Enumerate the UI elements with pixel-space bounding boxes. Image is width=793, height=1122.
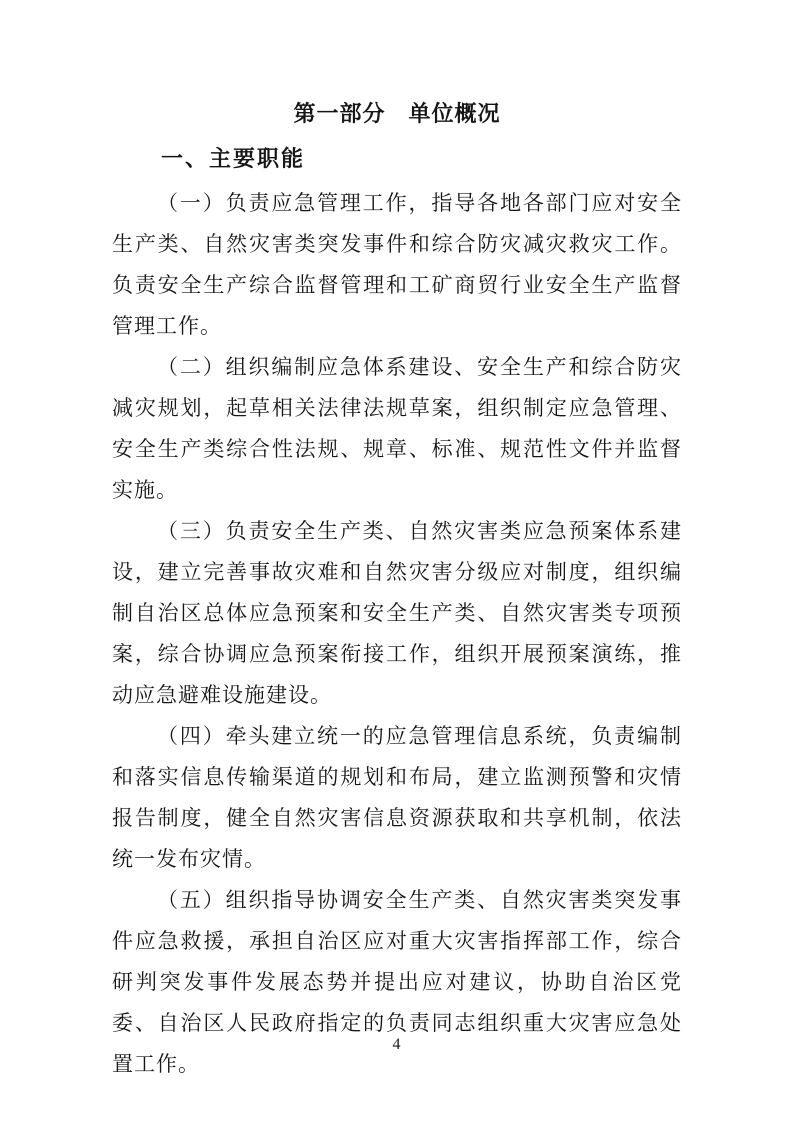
paragraph-item-4: （四）牵头建立统一的应急管理信息系统，负责编制和落实信息传输渠道的规划和布局，建… xyxy=(112,716,682,880)
paragraph-item-5: （五）组织指导协调安全生产类、自然灾害类突发事件应急救援，承担自治区应对重大灾害… xyxy=(112,880,682,1085)
page-number: 4 xyxy=(0,1036,793,1054)
document-title: 第一部分 单位概况 xyxy=(112,101,682,127)
paragraph-item-1: （一）负责应急管理工作，指导各地各部门应对安全生产类、自然灾害类突发事件和综合防… xyxy=(112,183,682,347)
paragraph-item-2: （二）组织编制应急体系建设、安全生产和综合防灾减灾规划，起草相关法律法规草案，组… xyxy=(112,347,682,511)
paragraph-item-3: （三）负责安全生产类、自然灾害类应急预案体系建设，建立完善事故灾难和自然灾害分级… xyxy=(112,511,682,716)
document-body: （一）负责应急管理工作，指导各地各部门应对安全生产类、自然灾害类突发事件和综合防… xyxy=(112,183,682,1085)
document-page: 第一部分 单位概况 一、主要职能 （一）负责应急管理工作，指导各地各部门应对安全… xyxy=(0,0,793,1122)
section-heading-main-functions: 一、主要职能 xyxy=(161,146,682,172)
